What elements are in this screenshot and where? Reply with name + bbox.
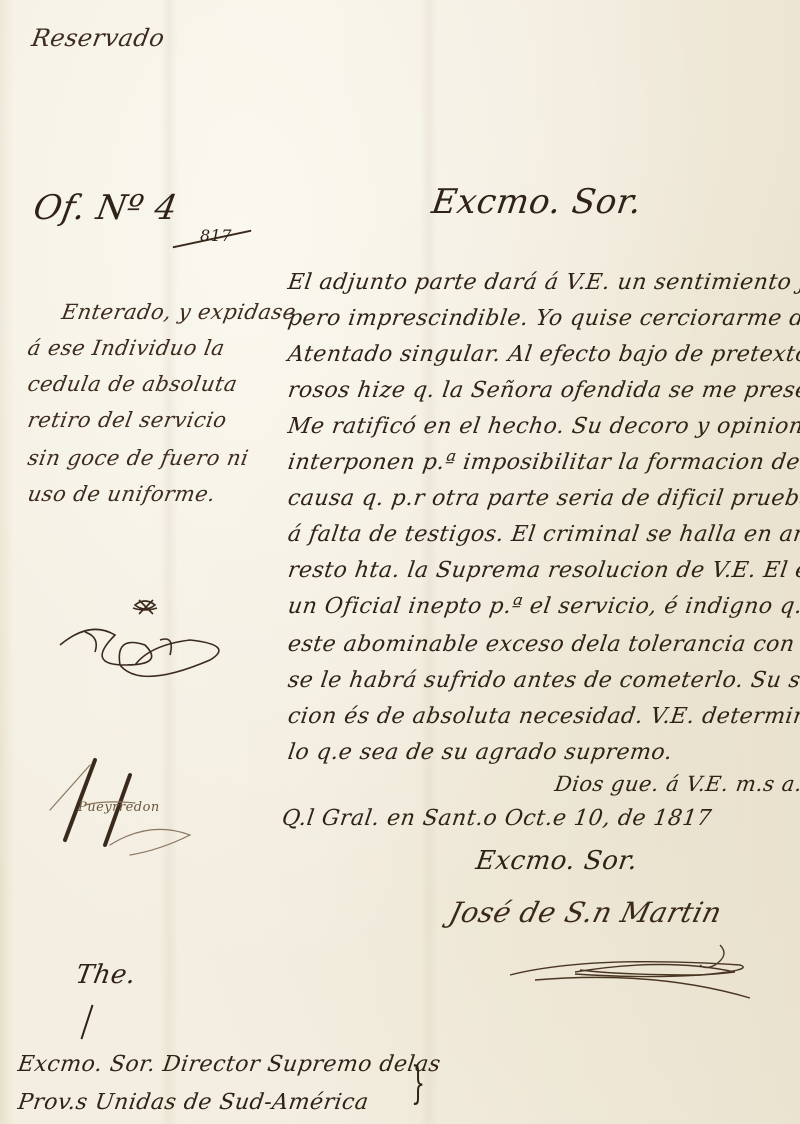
closing-place-date: Q.l Gral. en Sant.o Oct.e 10, de 1817 xyxy=(280,806,713,831)
manuscript-page: Reservado Of. Nº 4 817 Excmo. Sor. Enter… xyxy=(0,0,800,1124)
margin-note-line: retiro del servicio xyxy=(26,408,229,432)
body-line: este abominable exceso dela tolerancia c… xyxy=(286,632,800,657)
margin-note-line: á ese Individuo la xyxy=(26,336,227,360)
body-line: lo q.e sea de su agrado supremo. xyxy=(286,740,674,765)
body-line: á falta de testigos. El criminal se hall… xyxy=(286,522,800,547)
addressee-stroke xyxy=(80,1005,93,1040)
reference-number: Of. Nº 4 xyxy=(30,188,180,228)
secondary-signature-name: Pueyrredon xyxy=(78,800,160,815)
body-line: pero imprescindible. Yo quise cerciorarm… xyxy=(286,306,800,331)
body-line: resto hta. la Suprema resolucion de V.E.… xyxy=(286,558,800,583)
body-line: cion és de absoluta necesidad. V.E. dete… xyxy=(286,704,800,729)
body-line: El adjunto parte dará á V.E. un sentimie… xyxy=(286,270,800,295)
margin-note-line: Enterado, y expidase xyxy=(60,300,298,324)
body-line: se le habrá sufrido antes de cometerlo. … xyxy=(286,668,800,693)
body-line: causa q. p.r otra parte seria de dificil… xyxy=(286,486,800,511)
closing-blessing: Dios gue. á V.E. m.s a.s xyxy=(553,772,800,796)
addressee-abbrev: The. xyxy=(73,960,138,990)
margin-note-line: cedula de absoluta xyxy=(26,372,239,396)
body-line: Me ratificó en el hecho. Su decoro y opi… xyxy=(286,414,800,439)
body-line: un Oficial inepto p.ª el servicio, é ind… xyxy=(286,594,800,619)
margin-note-line: sin goce de fuero ni xyxy=(26,446,251,470)
addressee-brace: } xyxy=(411,1058,425,1109)
closing-salutation: Excmo. Sor. xyxy=(474,846,640,876)
addressee-line-2: Prov.s Unidas de Sud-América xyxy=(16,1090,370,1115)
signature: José de S.n Martin xyxy=(446,896,726,929)
reference-year: 817 xyxy=(200,226,232,245)
reservado-marking: Reservado xyxy=(30,24,167,52)
margin-note-line: uso de uniforme. xyxy=(26,482,218,506)
signature-flourish-icon xyxy=(505,940,765,1000)
body-line: Atentado singular. Al efecto bajo de pre… xyxy=(286,342,800,367)
body-line: rosos hize q. la Señora ofendida se me p… xyxy=(286,378,800,403)
salutation-heading: Excmo. Sor. xyxy=(429,182,644,222)
paper-fold xyxy=(160,0,178,1124)
rubric-flourish-icon xyxy=(55,590,245,690)
body-line: interponen p.ª imposibilitar la formacio… xyxy=(286,450,800,475)
addressee-line-1: Excmo. Sor. Director Supremo delas xyxy=(16,1052,442,1077)
